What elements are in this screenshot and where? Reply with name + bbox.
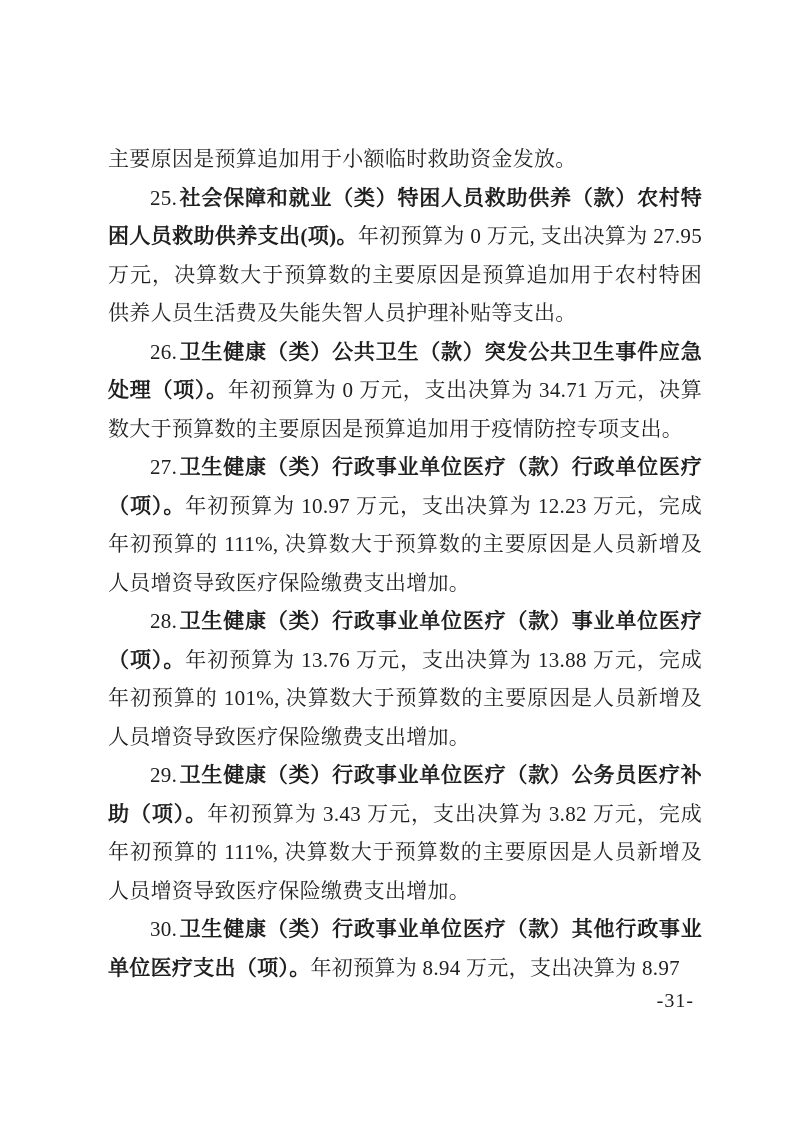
paragraph-30: 30.卫生健康（类）行政事业单位医疗（款）其他行政事业单位医疗支出（项）。年初预… (108, 910, 702, 987)
paragraph-29: 29.卫生健康（类）行政事业单位医疗（款）公务员医疗补助（项）。年初预算为 3.… (108, 756, 702, 910)
paragraph-29-number: 29. (150, 763, 177, 787)
paragraph-25: 25.社会保障和就业（类）特困人员救助供养（款）农村特困人员救助供养支出(项)。… (108, 179, 702, 333)
paragraph-27: 27.卫生健康（类）行政事业单位医疗（款）行政单位医疗（项）。年初预算为 10.… (108, 448, 702, 602)
paragraph-26: 26.卫生健康（类）公共卫生（款）突发公共卫生事件应急处理（项）。年初预算为 0… (108, 333, 702, 449)
document-body: 主要原因是预算追加用于小额临时救助资金发放。 25.社会保障和就业（类）特困人员… (108, 140, 702, 987)
paragraph-28: 28.卫生健康（类）行政事业单位医疗（款）事业单位医疗（项）。年初预算为 13.… (108, 602, 702, 756)
paragraph-28-number: 28. (150, 609, 177, 633)
paragraph-26-number: 26. (150, 340, 177, 364)
paragraph-25-number: 25. (150, 186, 177, 210)
paragraph-30-body: 年初预算为 8.94 万元，支出决算为 8.97 (311, 956, 680, 980)
paragraph-27-number: 27. (150, 455, 177, 479)
paragraph-27-body: 年初预算为 10.97 万元，支出决算为 12.23 万元，完成年初预算的 11… (108, 494, 702, 595)
paragraph-30-number: 30. (150, 917, 177, 941)
page-number: -31- (0, 990, 694, 1013)
paragraph-continuation: 主要原因是预算追加用于小额临时救助资金发放。 (108, 140, 702, 179)
document-page: 主要原因是预算追加用于小额临时救助资金发放。 25.社会保障和就业（类）特困人员… (0, 0, 793, 1122)
paragraph-28-body: 年初预算为 13.76 万元，支出决算为 13.88 万元，完成年初预算的 10… (108, 648, 702, 749)
